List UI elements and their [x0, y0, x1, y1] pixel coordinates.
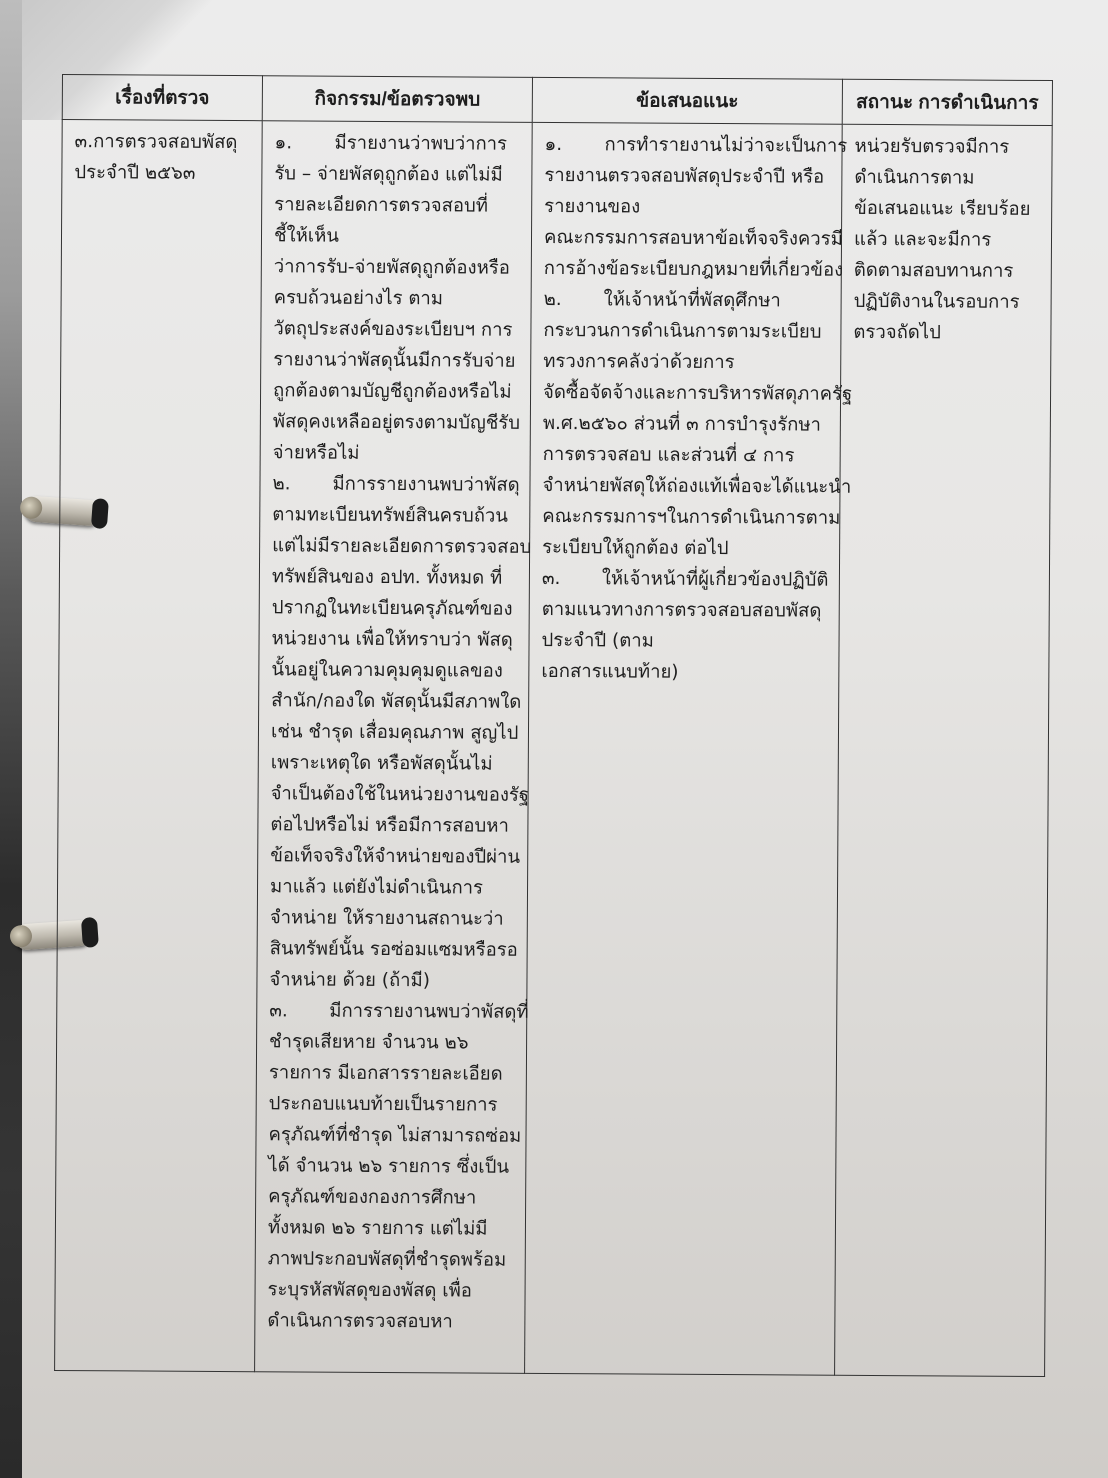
text-line: ๓.ให้เจ้าหน้าที่ผู้เกี่ยวข้องปฏิบัติ [542, 563, 829, 596]
text-line: ระบุรหัสพัสดุของพัสดุ เพื่อ [267, 1274, 514, 1307]
status-line: ข้อเสนอแนะ เรียบร้อย [854, 193, 1041, 225]
text-line: ภาพประกอบพัสดุที่ชำรุดพร้อม [268, 1243, 515, 1276]
text-line: การตรวจสอบ และส่วนที่ ๔ การ [543, 439, 830, 472]
text-line: สินทรัพย์นั้น รอซ่อมแซมหรือรอ [270, 933, 517, 966]
text-line: กระบวนการดำเนินการตามระเบียบ [543, 315, 830, 348]
text-line: พัสดุคงเหลืออยู่ตรงตามบัญชีรับ [273, 406, 520, 439]
text-line: ประจำปี (ตาม [541, 625, 828, 658]
text-line: รายงานว่าพัสดุนั้นมีการรับจ่าย [273, 344, 520, 377]
recommendation-item: ๑.การทำรายงานไม่ว่าจะเป็นการรายงานตรวจสอ… [544, 129, 832, 286]
status-line: ติดตามสอบทานการ [854, 255, 1041, 287]
text-line: จำหน่าย ด้วย (ถ้ามี) [269, 964, 516, 997]
text-line: ๓.มีการรายงานพบว่าพัสดุที่ [269, 995, 516, 1028]
item-number: ๑. [274, 127, 334, 158]
text-line: จ่ายหรือไม่ [273, 437, 520, 470]
header-status: สถานะ การดำเนินการ [842, 79, 1052, 125]
text-line: รายการ มีเอกสารรายละเอียด [269, 1057, 516, 1090]
text-line: ๑.การทำรายงานไม่ว่าจะเป็นการ [544, 129, 831, 162]
text-line: นั้นอยู่ในความคุมคุมดูแลของ [271, 654, 518, 687]
text-line: ถูกต้องตามบัญชีถูกต้องหรือไม่ [273, 375, 520, 408]
text-line: ทรัพย์สินของ อปท. ทั้งหมด ที่ [272, 561, 519, 594]
text-line: จำหน่าย ให้รายงานสถานะว่า [270, 902, 517, 935]
text-line: ทั้งหมด ๒๖ รายการ แต่ไม่มี [268, 1212, 515, 1245]
text-line: สำนัก/กองใด พัสดุนั้นมีสภาพใด [271, 685, 518, 718]
text-line: หน่วยงาน เพื่อให้ทราบว่า พัสดุ [271, 623, 518, 656]
status-line: แล้ว และจะมีการ [854, 224, 1041, 256]
status-line: หน่วยรับตรวจมีการ [854, 131, 1041, 163]
text-line: ครุภัณฑ์ของกองการศึกษา [268, 1181, 515, 1214]
text-line: จำเป็นต้องใช้ในหน่วยงานของรัฐ [271, 778, 518, 811]
text-line: รับ – จ่ายพัสดุถูกต้อง แต่ไม่มี [274, 158, 521, 191]
text-line: ระเบียบให้ถูกต้อง ต่อไป [542, 532, 829, 565]
cell-findings: ๑.มีรายงานว่าพบว่าการรับ – จ่ายพัสดุถูกต… [255, 121, 533, 1374]
text-line: เช่น ชำรุด เสื่อมคุณภาพ สูญไป [271, 716, 518, 749]
text-line: คณะกรรมการฯในการดำเนินการตาม [542, 501, 829, 534]
text-line: ครุภัณฑ์ที่ชำรุด ไม่สามารถซ่อม [268, 1119, 515, 1152]
cell-status: หน่วยรับตรวจมีการดำเนินการตามข้อเสนอแนะ … [835, 124, 1053, 1376]
item-number: ๑. [544, 129, 604, 160]
table-row: ๓.การตรวจสอบพัสดุ ประจำปี ๒๕๖๓ ๑.มีรายงา… [55, 120, 1053, 1377]
text-line: ปรากฏในทะเบียนครุภัณฑ์ของ [272, 592, 519, 625]
text-line: ดำเนินการตรวจสอบหา [267, 1305, 514, 1338]
text-line: ข้อเท็จจริงให้จำหน่ายของปีผ่าน [270, 840, 517, 873]
text-line: ตามทะเบียนทรัพย์สินครบถ้วน [272, 499, 519, 532]
text-line: แต่ไม่มีรายละเอียดการตรวจสอบ [272, 530, 519, 563]
text-line: พ.ศ.๒๕๖๐ ส่วนที่ ๓ การบำรุงรักษา [543, 408, 830, 441]
text-line: รายงานตรวจสอบพัสดุประจำปี หรือ [544, 160, 831, 193]
cell-topic: ๓.การตรวจสอบพัสดุ ประจำปี ๒๕๖๓ [55, 120, 263, 1372]
audit-table: เรื่องที่ตรวจ กิจกรรม/ข้อตรวจพบ ข้อเสนอแ… [54, 74, 1053, 1377]
text-line: ชำรุดเสียหาย จำนวน ๒๖ [269, 1026, 516, 1059]
text-line: ครบถ้วนอย่างไร ตาม [274, 282, 521, 315]
topic-line: ประจำปี ๒๕๖๓ [74, 157, 251, 189]
text-line: ว่าการรับ-จ่ายพัสดุถูกต้องหรือ [274, 251, 521, 284]
item-number: ๒. [544, 284, 604, 315]
recommendation-item: ๓.ให้เจ้าหน้าที่ผู้เกี่ยวข้องปฏิบัติตามแ… [541, 563, 829, 689]
text-line: ต่อไปหรือไม่ หรือมีการสอบหา [270, 809, 517, 842]
text-line: วัตถุประสงค์ของระเบียบฯ การ [273, 313, 520, 346]
status-line: ตรวจถัดไป [853, 317, 1040, 349]
text-line: ๑.มีรายงานว่าพบว่าการ [274, 127, 521, 160]
text-line: มาแล้ว แต่ยังไม่ดำเนินการ [270, 871, 517, 904]
text-line: ทรวงการคลังว่าด้วยการ [543, 346, 830, 379]
text-line: เพราะเหตุใด หรือพัสดุนั้นไม่ [271, 747, 518, 780]
text-line: รายละเอียดการตรวจสอบที่ [274, 189, 521, 222]
status-line: ดำเนินการตาม [854, 162, 1041, 194]
table-header-row: เรื่องที่ตรวจ กิจกรรม/ข้อตรวจพบ ข้อเสนอแ… [62, 75, 1052, 126]
text-line: ประกอบแนบท้ายเป็นรายการ [269, 1088, 516, 1121]
text-line: ๒.ให้เจ้าหน้าที่พัสดุศึกษา [544, 284, 831, 317]
text-line: คณะกรรมการสอบหาข้อเท็จจริงควรมี [544, 222, 831, 255]
header-findings: กิจกรรม/ข้อตรวจพบ [262, 76, 532, 123]
status-line: ปฏิบัติงานในรอบการ [854, 286, 1041, 318]
item-number: ๓. [269, 995, 329, 1026]
item-number: ๓. [542, 563, 602, 594]
finding-item: ๒.มีการรายงานพบว่าพัสดุตามทะเบียนทรัพย์ส… [269, 468, 519, 996]
text-line: ชี้ให้เห็น [274, 220, 521, 253]
item-number: ๒. [272, 468, 332, 499]
topic-line: ๓.การตรวจสอบพัสดุ [74, 126, 251, 158]
text-line: ได้ จำนวน ๒๖ รายการ ซึ่งเป็น [268, 1150, 515, 1183]
text-line: ๒.มีการรายงานพบว่าพัสดุ [272, 468, 519, 501]
cell-recommendations: ๑.การทำรายงานไม่ว่าจะเป็นการรายงานตรวจสอ… [525, 122, 843, 1375]
text-line: จัดซื้อจัดจ้างและการบริหารพัสดุภาครัฐ [543, 377, 830, 410]
text-line: เอกสารแนบท้าย) [541, 656, 828, 689]
text-line: จำหน่ายพัสดุให้ถ่องแท้เพื่อจะได้แนะนำ [542, 470, 829, 503]
text-line: ตามแนวทางการตรวจสอบสอบพัสดุ [542, 594, 829, 627]
recommendation-item: ๒.ให้เจ้าหน้าที่พัสดุศึกษากระบวนการดำเนิ… [542, 284, 831, 565]
text-line: รายงานของ [544, 191, 831, 224]
header-topic: เรื่องที่ตรวจ [62, 75, 262, 121]
finding-item: ๓.มีการรายงานพบว่าพัสดุที่ชำรุดเสียหาย จ… [267, 995, 516, 1338]
finding-item: ๑.มีรายงานว่าพบว่าการรับ – จ่ายพัสดุถูกต… [273, 127, 522, 470]
header-recommendations: ข้อเสนอแนะ [532, 77, 842, 124]
text-line: การอ้างข้อระเบียบกฎหมายที่เกี่ยวข้อง [544, 253, 831, 286]
